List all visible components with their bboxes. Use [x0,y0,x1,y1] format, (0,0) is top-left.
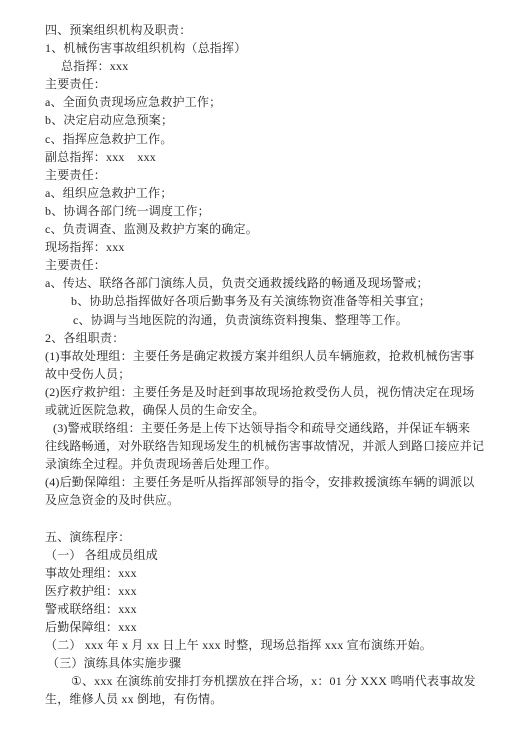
text-line: 医疗救护组：xxx [45,582,481,600]
text-line: (3)警戒联络组：主要任务是上传下达领导指令和疏导交通线路，并保证车辆来 [45,419,481,437]
text-line: c、协调与当地医院的沟通，负责演练资料搜集、整理等工作。 [45,311,481,329]
text-line: 总指挥：xxx [45,57,481,75]
text-line: 主要责任： [45,166,481,184]
document-body: 四、预案组织机构及职责：1、机械伤害事故组织机构（总指挥）总指挥：xxx主要责任… [45,21,481,709]
text-line: a、传达、联络各部门演练人员，负责交通救援线路的畅通及现场警戒； [45,274,481,292]
text-line: 后勤保障组：xxx [45,618,481,636]
text-line: （三）演练具体实施步骤 [45,654,481,672]
text-line: 往线路畅通，对外联络告知现场发生的机械伤害事故情况，并派人到路口接应并记 [45,437,481,455]
text-line: （二） xxx 年 x 月 xx 日上午 xxx 时整，现场总指挥 xxx 宣布… [45,636,481,654]
text-line: c、指挥应急救护工作。 [45,130,481,148]
text-line: 五、演练程序： [45,528,481,546]
text-line: 1、机械伤害事故组织机构（总指挥） [45,39,481,57]
text-line: c、负责调查、监测及救护方案的确定。 [45,220,481,238]
text-line: 生，维修人员 xx 倒地，有伤情。 [45,690,481,708]
document-page: 四、预案组织机构及职责：1、机械伤害事故组织机构（总指挥）总指挥：xxx主要责任… [0,0,526,733]
text-line: 现场指挥：xxx [45,238,481,256]
text-line: a、组织应急救护工作； [45,184,481,202]
text-line: 或就近医院急救，确保人员的生命安全。 [45,401,481,419]
text-line: 主要责任： [45,256,481,274]
text-line: b、协调各部门统一调度工作； [45,202,481,220]
text-line: 四、预案组织机构及职责： [45,21,481,39]
text-line: (4)后勤保障组：主要任务是听从指挥部领导的指令，安排救援演练车辆的调派以 [45,473,481,491]
text-line: 主要责任： [45,75,481,93]
text-line: ①、xxx 在演练前安排打夯机摆放在拌合场，x：01 分 XXX 鸣哨代表事故发 [45,672,481,690]
text-line: 事故处理组：xxx [45,564,481,582]
text-line: b、协助总指挥做好各项后勤事务及有关演练物资准备等相关事宜； [45,292,481,310]
text-line: 2、各组职责： [45,329,481,347]
text-line: 副总指挥：xxx xxx [45,148,481,166]
text-line: 故中受伤人员； [45,365,481,383]
text-line: (2)医疗救护组：主要任务是及时赶到事故现场抢救受伤人员，视伤情决定在现场 [45,383,481,401]
text-line: b、决定启动应急预案； [45,111,481,129]
text-line: 录演练全过程。并负责现场善后处理工作。 [45,455,481,473]
text-line: a、全面负责现场应急救护工作； [45,93,481,111]
blank-line [45,510,481,528]
text-line: (1)事故处理组：主要任务是确定救援方案并组织人员车辆施救，抢救机械伤害事 [45,347,481,365]
text-line: （一） 各组成员组成 [45,546,481,564]
text-line: 警戒联络组：xxx [45,600,481,618]
text-line: 及应急资金的及时供应。 [45,491,481,509]
